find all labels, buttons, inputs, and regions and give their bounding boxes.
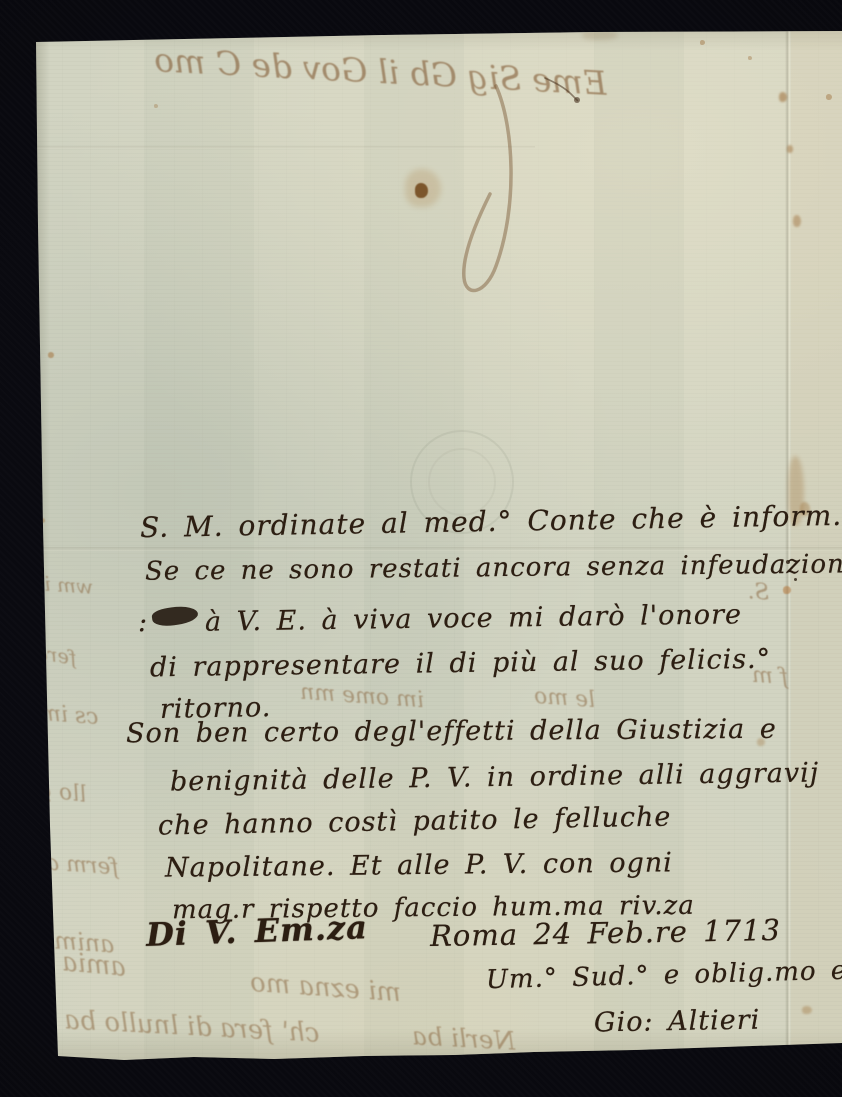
bleedthrough-inscription-top: Eme Sig Gb il Gov de C mo xyxy=(153,40,608,103)
letter-line: Se ce ne sono restati ancora senza infeu… xyxy=(145,549,842,587)
date-place-line: Roma 24 Feb.re 1713 xyxy=(430,913,781,953)
bleedthrough-fragment: mi ezna mo xyxy=(249,968,402,1008)
letter-line: S. M. ordinate al med.° Conte che è info… xyxy=(140,499,842,544)
bleedthrough-fragment: wm il xyxy=(37,571,94,599)
bleedthrough-fragment: S. xyxy=(747,579,770,605)
bleedthrough-fragment: le mo xyxy=(533,684,596,713)
foxing-spot xyxy=(800,502,810,516)
closing-formula: Um.° Sud.° e oblig.mo etc. xyxy=(486,955,842,995)
signature: Gio: Altieri xyxy=(594,1005,761,1039)
letter-line: à V. E. à viva voce mi darò l'onore xyxy=(205,599,742,637)
bleedthrough-fragment: Nerli ba xyxy=(411,1021,516,1055)
bleedthrough-fragment: f m xyxy=(751,663,789,690)
bleedthrough-fragment: llo g xyxy=(37,777,88,808)
vertical-fold-crease xyxy=(785,26,791,1062)
crossed-out-word-blot xyxy=(151,604,199,628)
photo-background: Eme Sig Gb il Gov de C mo wm il fera cs … xyxy=(0,0,842,1097)
ink-flourish-marks xyxy=(34,26,842,1062)
paper-tone-band xyxy=(144,26,254,1062)
foxing-spot xyxy=(40,518,45,523)
foxing-spot xyxy=(826,94,832,100)
foxing-spot xyxy=(748,56,752,60)
letter-line: mag.r rispetto faccio hum.ma riv.za xyxy=(172,891,695,926)
ink-dot xyxy=(794,578,797,581)
foxing-spot xyxy=(757,738,765,746)
ink-scratch-mark xyxy=(545,78,577,100)
letter-line: di rappresentare il di più al suo felici… xyxy=(150,644,772,684)
handwriting-layer: S. M. ordinate al med.° Conte che è info… xyxy=(34,26,842,1062)
valediction: Di V. Em.za xyxy=(145,908,368,954)
letter-page: Eme Sig Gb il Gov de C mo wm il fera cs … xyxy=(34,26,842,1062)
fold-panel-tint xyxy=(791,26,842,1062)
paper-left-edge-shadow xyxy=(34,26,50,1062)
foxing-spot xyxy=(779,92,787,102)
letter-line: Son ben certo degl'effetti della Giustiz… xyxy=(126,714,777,750)
horizontal-fold-crease xyxy=(34,146,535,149)
letter-line: Napolitane. Et alle P. V. con ogni xyxy=(165,847,673,883)
letter-line: che hanno costì patito le felluche xyxy=(158,802,672,842)
ink-scratch-blot xyxy=(574,97,580,103)
foxing-smear xyxy=(582,30,618,40)
bleedthrough-fragment: anima xyxy=(39,925,115,958)
foxing-spot xyxy=(783,586,791,594)
watermark-circle xyxy=(410,430,514,534)
foxing-spot xyxy=(154,104,158,108)
bleedthrough-fragment: cs im xyxy=(39,701,99,730)
ink-dot xyxy=(786,560,790,564)
horizontal-fold-crease xyxy=(34,547,842,551)
foxing-spot xyxy=(700,40,705,45)
bleedthrough-fragment: amia xyxy=(61,947,127,982)
foxing-spot xyxy=(802,1006,812,1014)
paper-top-edge-shadow xyxy=(34,26,842,50)
stain-layer xyxy=(34,26,842,1062)
bleedthrough-fragment: im ome mn xyxy=(299,680,424,714)
bleedthrough-loop-flourish xyxy=(464,86,511,291)
paper-bottom-edge-shadow xyxy=(34,1028,842,1060)
bleedthrough-layer: Eme Sig Gb il Gov de C mo wm il fera cs … xyxy=(34,26,842,1062)
bleedthrough-fragment: fera xyxy=(35,640,79,669)
paper-tone-band xyxy=(594,26,684,1062)
letter-line: ritorno. xyxy=(160,692,272,725)
bleedthrough-fragment: ch' fera di lnullo ba xyxy=(63,1005,320,1048)
bleedthrough-fragment: ferm a xyxy=(45,850,119,880)
paper-tone-band xyxy=(364,26,464,1062)
foxing-spot xyxy=(48,352,54,358)
ink-stain-spot xyxy=(415,183,428,198)
letter-line: benignità delle P. V. in ordine alli agg… xyxy=(170,757,820,797)
foxing-spot xyxy=(793,215,801,227)
ink-stain-halo xyxy=(405,169,441,207)
fold-rust-smear xyxy=(788,456,804,526)
foxing-spot xyxy=(787,145,793,153)
paper-texture-layer xyxy=(34,26,842,1062)
colon-mark: : xyxy=(138,607,148,638)
